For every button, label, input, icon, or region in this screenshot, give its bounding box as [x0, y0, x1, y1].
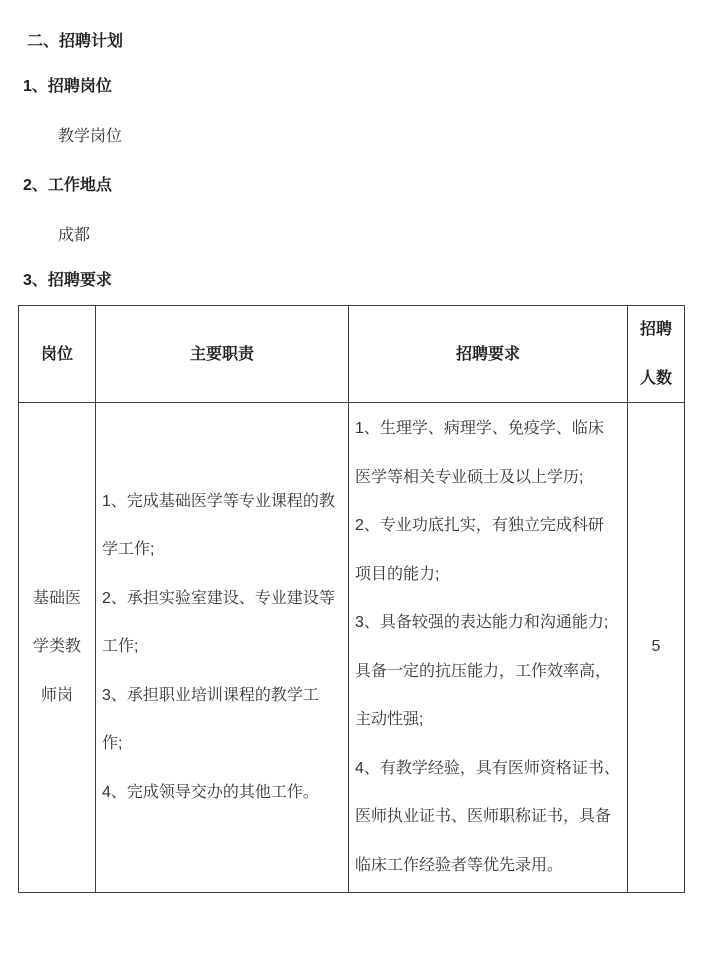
- duty-line: 工作;: [102, 623, 138, 672]
- requirement-line: 临床工作经验者等优先录用。: [355, 842, 563, 891]
- doc-heading-work-location: 2、工作地点: [23, 177, 112, 194]
- table-header-headcount: 招聘 人数: [628, 306, 684, 403]
- requirement-line: 医学等相关专业硕士及以上学历;: [355, 454, 583, 503]
- doc-text-teaching-position: 教学岗位: [58, 128, 122, 145]
- table-header-label: 招聘要求: [456, 330, 520, 379]
- duty-line: 学工作;: [102, 526, 154, 575]
- document-page: { "page": { "background": "#ffffff", "te…: [0, 0, 715, 964]
- requirement-line: 2、专业功底扎实，有独立完成科研: [355, 502, 604, 551]
- requirement-line: 具备一定的抗压能力，工作效率高，: [355, 648, 611, 697]
- doc-title-recruitment-plan: 二、招聘计划: [27, 33, 123, 50]
- table-header-label: 岗位: [41, 330, 73, 379]
- table-header-label-line: 招聘: [640, 306, 672, 354]
- table-cell-headcount: 5: [628, 403, 684, 892]
- duty-line: 3、承担职业培训课程的教学工: [102, 672, 319, 721]
- position-line: 基础医: [33, 575, 81, 624]
- table-header-label-line: 人数: [640, 354, 672, 403]
- table-header-requirements: 招聘要求: [349, 306, 628, 403]
- recruitment-table: 岗位 主要职责 招聘要求 招聘 人数 基础医 学类教 师岗 1、完成基础医学等专…: [18, 305, 685, 893]
- table-header-position: 岗位: [19, 306, 96, 403]
- requirement-line: 医师执业证书、医师职称证书，具备: [355, 793, 611, 842]
- requirement-line: 3、具备较强的表达能力和沟通能力;: [355, 599, 608, 648]
- duty-line: 1、完成基础医学等专业课程的教: [102, 478, 335, 527]
- headcount-value: 5: [652, 623, 661, 672]
- duty-line: 作;: [102, 720, 122, 769]
- table-cell-position: 基础医 学类教 师岗: [19, 403, 96, 892]
- requirement-line: 项目的能力;: [355, 551, 439, 600]
- doc-heading-recruitment-requirements: 3、招聘要求: [23, 272, 112, 289]
- position-line: 师岗: [41, 672, 73, 721]
- requirement-line: 4、有教学经验，具有医师资格证书、: [355, 745, 620, 794]
- table-header-label: 主要职责: [190, 330, 254, 379]
- table-header-duties: 主要职责: [96, 306, 349, 403]
- requirement-line: 1、生理学、病理学、免疫学、临床: [355, 405, 604, 454]
- doc-text-chengdu: 成都: [58, 227, 90, 244]
- position-line: 学类教: [33, 623, 81, 672]
- table-cell-duties: 1、完成基础医学等专业课程的教 学工作; 2、承担实验室建设、专业建设等 工作;…: [96, 403, 349, 892]
- doc-heading-recruitment-position: 1、招聘岗位: [23, 78, 112, 95]
- duty-line: 4、完成领导交办的其他工作。: [102, 769, 319, 818]
- duty-line: 2、承担实验室建设、专业建设等: [102, 575, 335, 624]
- table-cell-requirements: 1、生理学、病理学、免疫学、临床 医学等相关专业硕士及以上学历; 2、专业功底扎…: [349, 403, 628, 892]
- requirement-line: 主动性强;: [355, 696, 423, 745]
